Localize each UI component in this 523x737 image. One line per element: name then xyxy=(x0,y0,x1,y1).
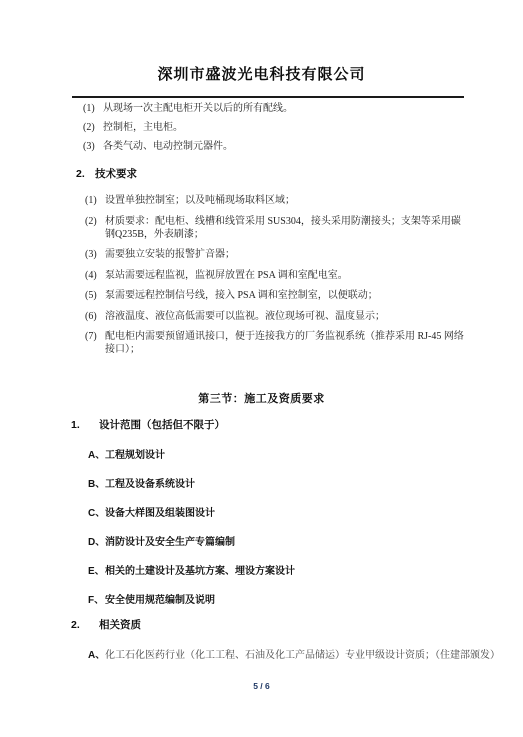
item-number: (4) xyxy=(85,269,105,282)
item-number: (3) xyxy=(83,141,103,152)
list-item: (3) 各类气动、电动控制元器件。 xyxy=(83,141,523,152)
list-item: A、 工程规划设计 xyxy=(88,450,523,461)
item-letter: F、 xyxy=(88,595,105,606)
item-letter: C、 xyxy=(88,508,105,519)
item-number: (1) xyxy=(83,103,103,114)
item-number: (6) xyxy=(85,310,105,323)
item-text: 需要独立安装的报警扩音器； xyxy=(105,248,465,261)
item-number: (2) xyxy=(83,122,103,133)
item-text: 从现场一次主配电柜开关以后的所有配线。 xyxy=(103,103,473,114)
chapter-heading: 第三节：施工及资质要求 xyxy=(0,393,523,406)
item-text: 工程规划设计 xyxy=(105,450,495,461)
item-text: 泵站需要远程监视，监视屏放置在 PSA 调和室配电室。 xyxy=(105,269,465,282)
list-item: (2) 控制柜，主电柜。 xyxy=(83,122,523,133)
section-number: 2. xyxy=(71,620,99,631)
intro-list: (1) 从现场一次主配电柜开关以后的所有配线。 (2) 控制柜，主电柜。 (3)… xyxy=(0,103,523,152)
item-text: 泵需要远程控制信号线，接入 PSA 调和室控制室，以便联动； xyxy=(105,289,465,302)
list-item: (7) 配电柜内需要预留通讯接口，便于连接我方的厂务监视系统（推荐采用 RJ-4… xyxy=(85,330,523,356)
header-rule xyxy=(72,96,464,98)
list-item: (3) 需要独立安装的报警扩音器； xyxy=(85,248,523,261)
list-item: F、 安全使用规范编制及说明 xyxy=(88,595,523,606)
document-page: 深圳市盛波光电科技有限公司 (1) 从现场一次主配电柜开关以后的所有配线。 (2… xyxy=(0,0,523,737)
design-scope-list: A、 工程规划设计 B、 工程及设备系统设计 C、 设备大样图及组装图设计 D、… xyxy=(0,450,523,606)
item-number: (7) xyxy=(85,330,105,356)
item-text: 设备大样图及组装图设计 xyxy=(105,508,495,519)
item-text: 控制柜，主电柜。 xyxy=(103,122,473,133)
company-title: 深圳市盛波光电科技有限公司 xyxy=(0,66,523,83)
item-text: 化工石化医药行业（化工工程、石油及化工产品储运）专业甲级设计资质；（住建部颁发） xyxy=(105,650,507,661)
section-title: 相关资质 xyxy=(99,620,141,631)
section-heading-qualifications: 2. 相关资质 xyxy=(71,620,523,631)
list-item: D、 消防设计及安全生产专篇编制 xyxy=(88,537,523,548)
list-item: (2) 材质要求：配电柜、线槽和线管采用 SUS304，接头采用防潮接头；支架等… xyxy=(85,215,523,241)
item-text: 安全使用规范编制及说明 xyxy=(105,595,495,606)
list-item: (6) 溶液温度、液位高低需要可以监视。液位现场可视、温度显示； xyxy=(85,310,523,323)
item-text: 溶液温度、液位高低需要可以监视。液位现场可视、温度显示； xyxy=(105,310,465,323)
section-number: 1. xyxy=(71,420,99,431)
item-letter: A、 xyxy=(88,450,105,461)
list-item: (1) 从现场一次主配电柜开关以后的所有配线。 xyxy=(83,103,523,114)
list-item: B、 工程及设备系统设计 xyxy=(88,479,523,490)
item-text: 各类气动、电动控制元器件。 xyxy=(103,141,473,152)
item-text: 相关的土建设计及基坑方案、埋设方案设计 xyxy=(105,566,495,577)
item-letter: D、 xyxy=(88,537,105,548)
list-item: (4) 泵站需要远程监视，监视屏放置在 PSA 调和室配电室。 xyxy=(85,269,523,282)
item-text: 设置单独控制室；以及吨桶现场取料区域； xyxy=(105,194,465,207)
item-text: 材质要求：配电柜、线槽和线管采用 SUS304，接头采用防潮接头；支架等采用碳钢… xyxy=(105,215,465,241)
page-number: 5 / 6 xyxy=(0,681,523,692)
item-text: 消防设计及安全生产专篇编制 xyxy=(105,537,495,548)
item-letter: E、 xyxy=(88,566,105,577)
section-heading-design-scope: 1. 设计范围（包括但不限于） xyxy=(71,420,523,431)
section-number: 2. xyxy=(76,169,95,180)
item-letter: A、 xyxy=(88,650,105,661)
tech-requirements-list: (1) 设置单独控制室；以及吨桶现场取料区域； (2) 材质要求：配电柜、线槽和… xyxy=(0,194,523,356)
item-text: 配电柜内需要预留通讯接口，便于连接我方的厂务监视系统（推荐采用 RJ-45 网络… xyxy=(105,330,465,356)
item-number: (3) xyxy=(85,248,105,261)
item-letter: B、 xyxy=(88,479,105,490)
section-title: 设计范围（包括但不限于） xyxy=(99,420,225,431)
section-heading-tech-requirements: 2. 技术要求 xyxy=(76,169,523,180)
list-item: A、 化工石化医药行业（化工工程、石油及化工产品储运）专业甲级设计资质；（住建部… xyxy=(88,650,523,661)
item-number: (1) xyxy=(85,194,105,207)
section-title: 技术要求 xyxy=(95,169,137,180)
item-number: (2) xyxy=(85,215,105,241)
qualification-list: A、 化工石化医药行业（化工工程、石油及化工产品储运）专业甲级设计资质；（住建部… xyxy=(0,650,523,661)
list-item: (1) 设置单独控制室；以及吨桶现场取料区域； xyxy=(85,194,523,207)
list-item: C、 设备大样图及组装图设计 xyxy=(88,508,523,519)
list-item: (5) 泵需要远程控制信号线，接入 PSA 调和室控制室，以便联动； xyxy=(85,289,523,302)
item-number: (5) xyxy=(85,289,105,302)
list-item: E、 相关的土建设计及基坑方案、埋设方案设计 xyxy=(88,566,523,577)
item-text: 工程及设备系统设计 xyxy=(105,479,495,490)
